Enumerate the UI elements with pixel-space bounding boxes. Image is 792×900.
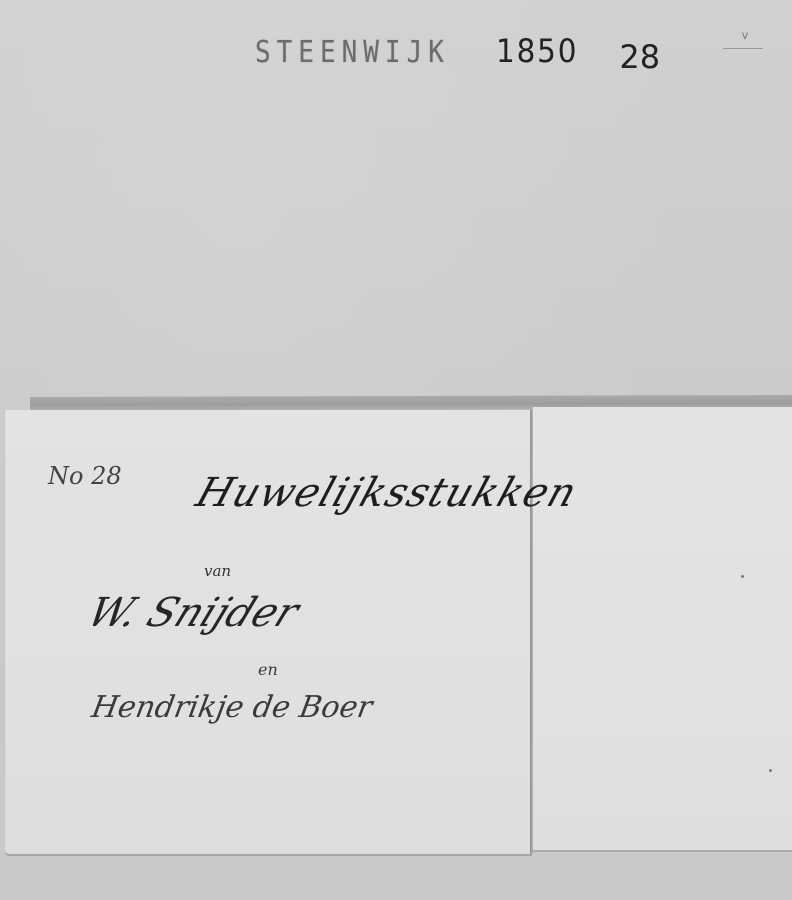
connector-van: van (204, 562, 231, 580)
document-title: Huwelijksstukken (191, 470, 584, 516)
groom-name: W. Snijder (81, 590, 306, 636)
archive-stamp: STEENWIJK 1850 28 v (255, 26, 660, 70)
stamp-year: 1850 (496, 32, 578, 70)
stamp-check-mark: v (723, 30, 767, 51)
document-number: No 28 (48, 462, 122, 490)
connector-en: en (258, 660, 278, 679)
stamp-mark-glyph: v (742, 28, 748, 42)
bride-name: Hendrikje de Boer (89, 690, 375, 725)
paper-speck (741, 575, 744, 578)
stamp-place: STEENWIJK (255, 36, 450, 71)
paper-speck (769, 769, 772, 772)
stamp-number: 28 (619, 38, 660, 76)
stamp-mark-dash (723, 48, 763, 49)
